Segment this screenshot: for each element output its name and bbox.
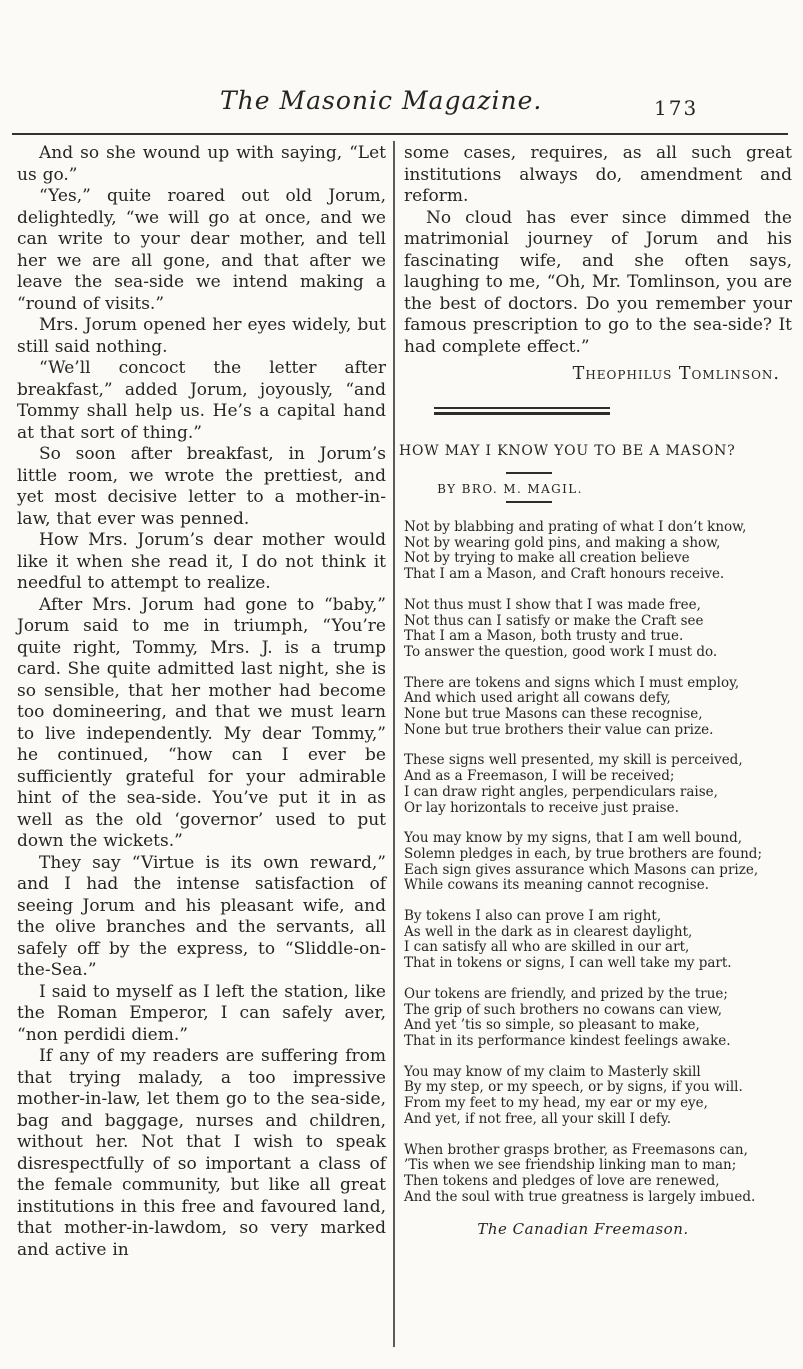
magazine-title: The Masonic Magazine. — [220, 86, 542, 115]
author-signature: Theophilus Tomlinson. — [404, 364, 780, 384]
right-column: some cases, requires, as all such great … — [404, 143, 792, 1238]
poem-line: And which used aright all cowans defy, — [404, 691, 792, 707]
poem-line: You may know of my claim to Masterly ski… — [404, 1065, 792, 1081]
magazine-page: The Masonic Magazine. 173 And so she wou… — [0, 0, 803, 1369]
paragraph: some cases, requires, as all such great … — [404, 143, 792, 208]
poem-line: While cowans its meaning cannot recognis… — [404, 878, 792, 894]
paragraph: I said to myself as I left the station, … — [17, 982, 386, 1047]
poem-line: To answer the question, good work I must… — [404, 645, 792, 661]
paragraph: And so she wound up with saying, “Let us… — [17, 143, 386, 186]
poem-line: Solemn pledges in each, by true brothers… — [404, 847, 792, 863]
poem-line: There are tokens and signs which I must … — [404, 676, 792, 692]
poem-line: Then tokens and pledges of love are rene… — [404, 1174, 792, 1190]
paragraph: After Mrs. Jorum had gone to “baby,” Jor… — [17, 595, 386, 853]
poem-stanza: There are tokens and signs which I must … — [404, 676, 792, 739]
poem-line: Not thus can I satisfy or make the Craft… — [404, 614, 792, 630]
poem-line: By tokens I also can prove I am right, — [404, 909, 792, 925]
paragraph: So soon after breakfast, in Jorum’s litt… — [17, 444, 386, 530]
article-byline: BY BRO. M. MAGIL. — [404, 482, 616, 496]
poem-line: From my feet to my head, my ear or my ey… — [404, 1096, 792, 1112]
poem-line: And the soul with true greatness is larg… — [404, 1190, 792, 1206]
poem-line: None but true brothers their value can p… — [404, 723, 792, 739]
poem-line: And as a Freemason, I will be received; — [404, 769, 792, 785]
left-column: And so she wound up with saying, “Let us… — [17, 143, 386, 1261]
poem: Not by blabbing and prating of what I do… — [404, 520, 792, 1205]
poem-line: That I am a Mason, and Craft honours rec… — [404, 567, 792, 583]
poem-line: Or lay horizontals to receive just prais… — [404, 801, 792, 817]
poem-line: When brother grasps brother, as Freemaso… — [404, 1143, 792, 1159]
poem-line: Not thus must I show that I was made fre… — [404, 598, 792, 614]
poem-line: By my step, or my speech, or by signs, i… — [404, 1080, 792, 1096]
poem-stanza: You may know by my signs, that I am well… — [404, 831, 792, 894]
poem-line: The grip of such brothers no cowans can … — [404, 1003, 792, 1019]
page-number: 173 — [654, 96, 698, 120]
poem-line: Our tokens are friendly, and prized by t… — [404, 987, 792, 1003]
poem-line: Not by trying to make all creation belie… — [404, 551, 792, 567]
poem-attribution: The Canadian Freemason. — [404, 1220, 762, 1238]
paragraph: How Mrs. Jorum’s dear mother would like … — [17, 530, 386, 595]
poem-line: These signs well presented, my skill is … — [404, 753, 792, 769]
poem-line: That in its performance kindest feelings… — [404, 1034, 792, 1050]
poem-stanza: When brother grasps brother, as Freemaso… — [404, 1143, 792, 1206]
paragraph: They say “Virtue is its own reward,” and… — [17, 853, 386, 982]
poem-line: That in tokens or signs, I can well take… — [404, 956, 792, 972]
poem-stanza: Not thus must I show that I was made fre… — [404, 598, 792, 661]
paragraph: “We’ll concoct the letter after breakfas… — [17, 358, 386, 444]
poem-stanza: Our tokens are friendly, and prized by t… — [404, 987, 792, 1050]
poem-line: Each sign gives assurance which Masons c… — [404, 863, 792, 879]
poem-line: And yet, if not free, all your skill I d… — [404, 1112, 792, 1128]
paragraph: If any of my readers are suffering from … — [17, 1046, 386, 1261]
poem-stanza: By tokens I also can prove I am right, A… — [404, 909, 792, 972]
column-divider-rule — [393, 141, 395, 1347]
poem-line: You may know by my signs, that I am well… — [404, 831, 792, 847]
paragraph: “Yes,” quite roared out old Jorum, delig… — [17, 186, 386, 315]
article-heading: HOW MAY I KNOW YOU TO BE A MASON? — [399, 443, 792, 459]
poem-line: As well in the dark as in clearest dayli… — [404, 925, 792, 941]
paragraph: No cloud has ever since dimmed the matri… — [404, 208, 792, 359]
poem-stanza: These signs well presented, my skill is … — [404, 753, 792, 816]
poem-stanza: You may know of my claim to Masterly ski… — [404, 1065, 792, 1128]
paragraph: Mrs. Jorum opened her eyes widely, but s… — [17, 315, 386, 358]
poem-line: Not by wearing gold pins, and making a s… — [404, 536, 792, 552]
poem-line: And yet ’tis so simple, so pleasant to m… — [404, 1018, 792, 1034]
poem-line: Not by blabbing and prating of what I do… — [404, 520, 792, 536]
header-rule — [12, 133, 788, 135]
poem-line: I can draw right angles, perpendiculars … — [404, 785, 792, 801]
section-divider-rule — [434, 407, 610, 415]
byline-rule-top — [506, 472, 552, 474]
poem-line: None but true Masons can these recognise… — [404, 707, 792, 723]
poem-stanza: Not by blabbing and prating of what I do… — [404, 520, 792, 583]
poem-line: That I am a Mason, both trusty and true. — [404, 629, 792, 645]
byline-rule-bottom — [506, 501, 552, 503]
poem-line: ’Tis when we see friendship linking man … — [404, 1158, 792, 1174]
poem-line: I can satisfy all who are skilled in our… — [404, 940, 792, 956]
